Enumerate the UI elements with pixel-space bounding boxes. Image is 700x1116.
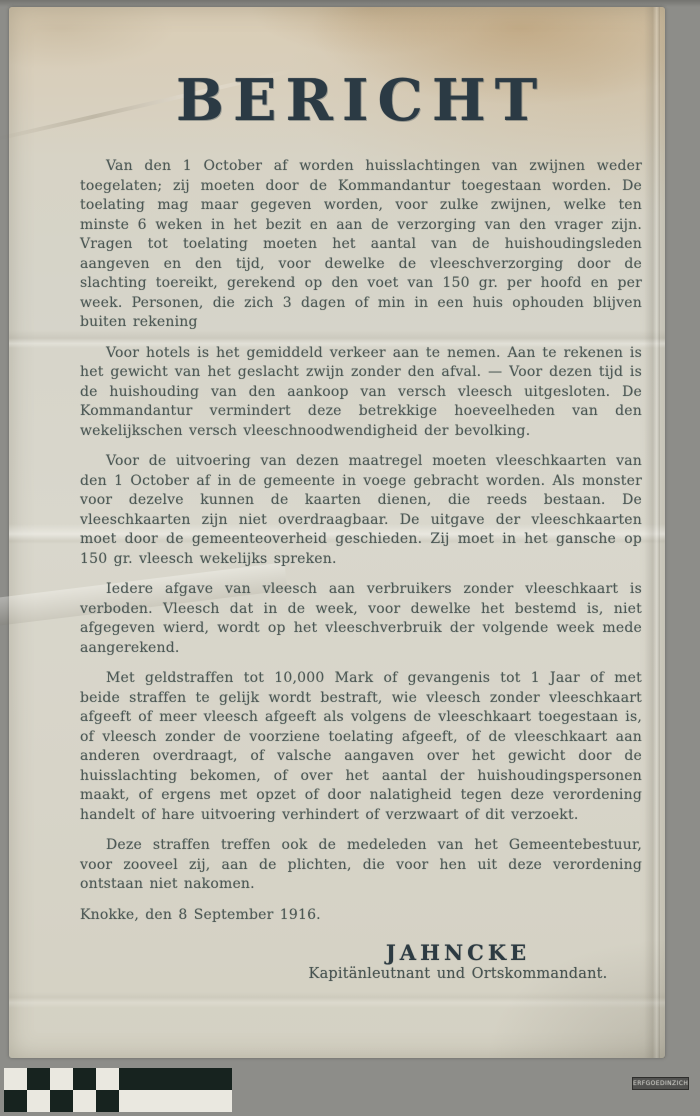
photo-scale-bar [4,1068,232,1112]
scale-square [27,1068,50,1090]
page-title: BERICHT [80,67,642,134]
crease-right-edge [644,7,660,1058]
paragraph: Voor de uitvoering van dezen maatregel m… [80,452,642,569]
scale-bar-segment [119,1068,232,1090]
scale-square [4,1068,27,1090]
fold-line-lower [9,992,665,1008]
scale-square [96,1090,119,1112]
paragraph: Voor hotels is het gemiddeld verkeer aan… [80,344,642,442]
scale-square [27,1090,50,1112]
scale-square [73,1068,96,1090]
scale-bar-segment [119,1090,232,1112]
scale-bar-row [4,1068,232,1090]
scale-square [4,1090,27,1112]
dateline: Knokke, den 8 September 1916. [80,906,642,926]
signature-title: Kapitänleutnant und Ortskommandant. [288,965,628,985]
paragraph: Van den 1 October af worden huisslachtin… [80,157,642,333]
paragraph: Met geldstraffen tot 10,000 Mark of geva… [80,669,642,825]
document-body: Van den 1 October af worden huisslachtin… [80,157,642,984]
paragraph: Deze straffen treffen ook de medeleden v… [80,836,642,895]
scale-square [73,1090,96,1112]
document-paper: BERICHT Van den 1 October af worden huis… [9,7,665,1058]
watermark-badge: ERFGOEDINZICHT [632,1077,689,1090]
scale-square [50,1090,73,1112]
signature-name: JAHNCKE [288,943,628,963]
paragraph: Iedere afgave van vleesch aan verbruiker… [80,580,642,658]
signature-block: JAHNCKE Kapitänleutnant und Ortskommanda… [288,943,628,984]
scale-square [50,1068,73,1090]
scale-square [96,1068,119,1090]
scale-bar-row [4,1090,232,1112]
